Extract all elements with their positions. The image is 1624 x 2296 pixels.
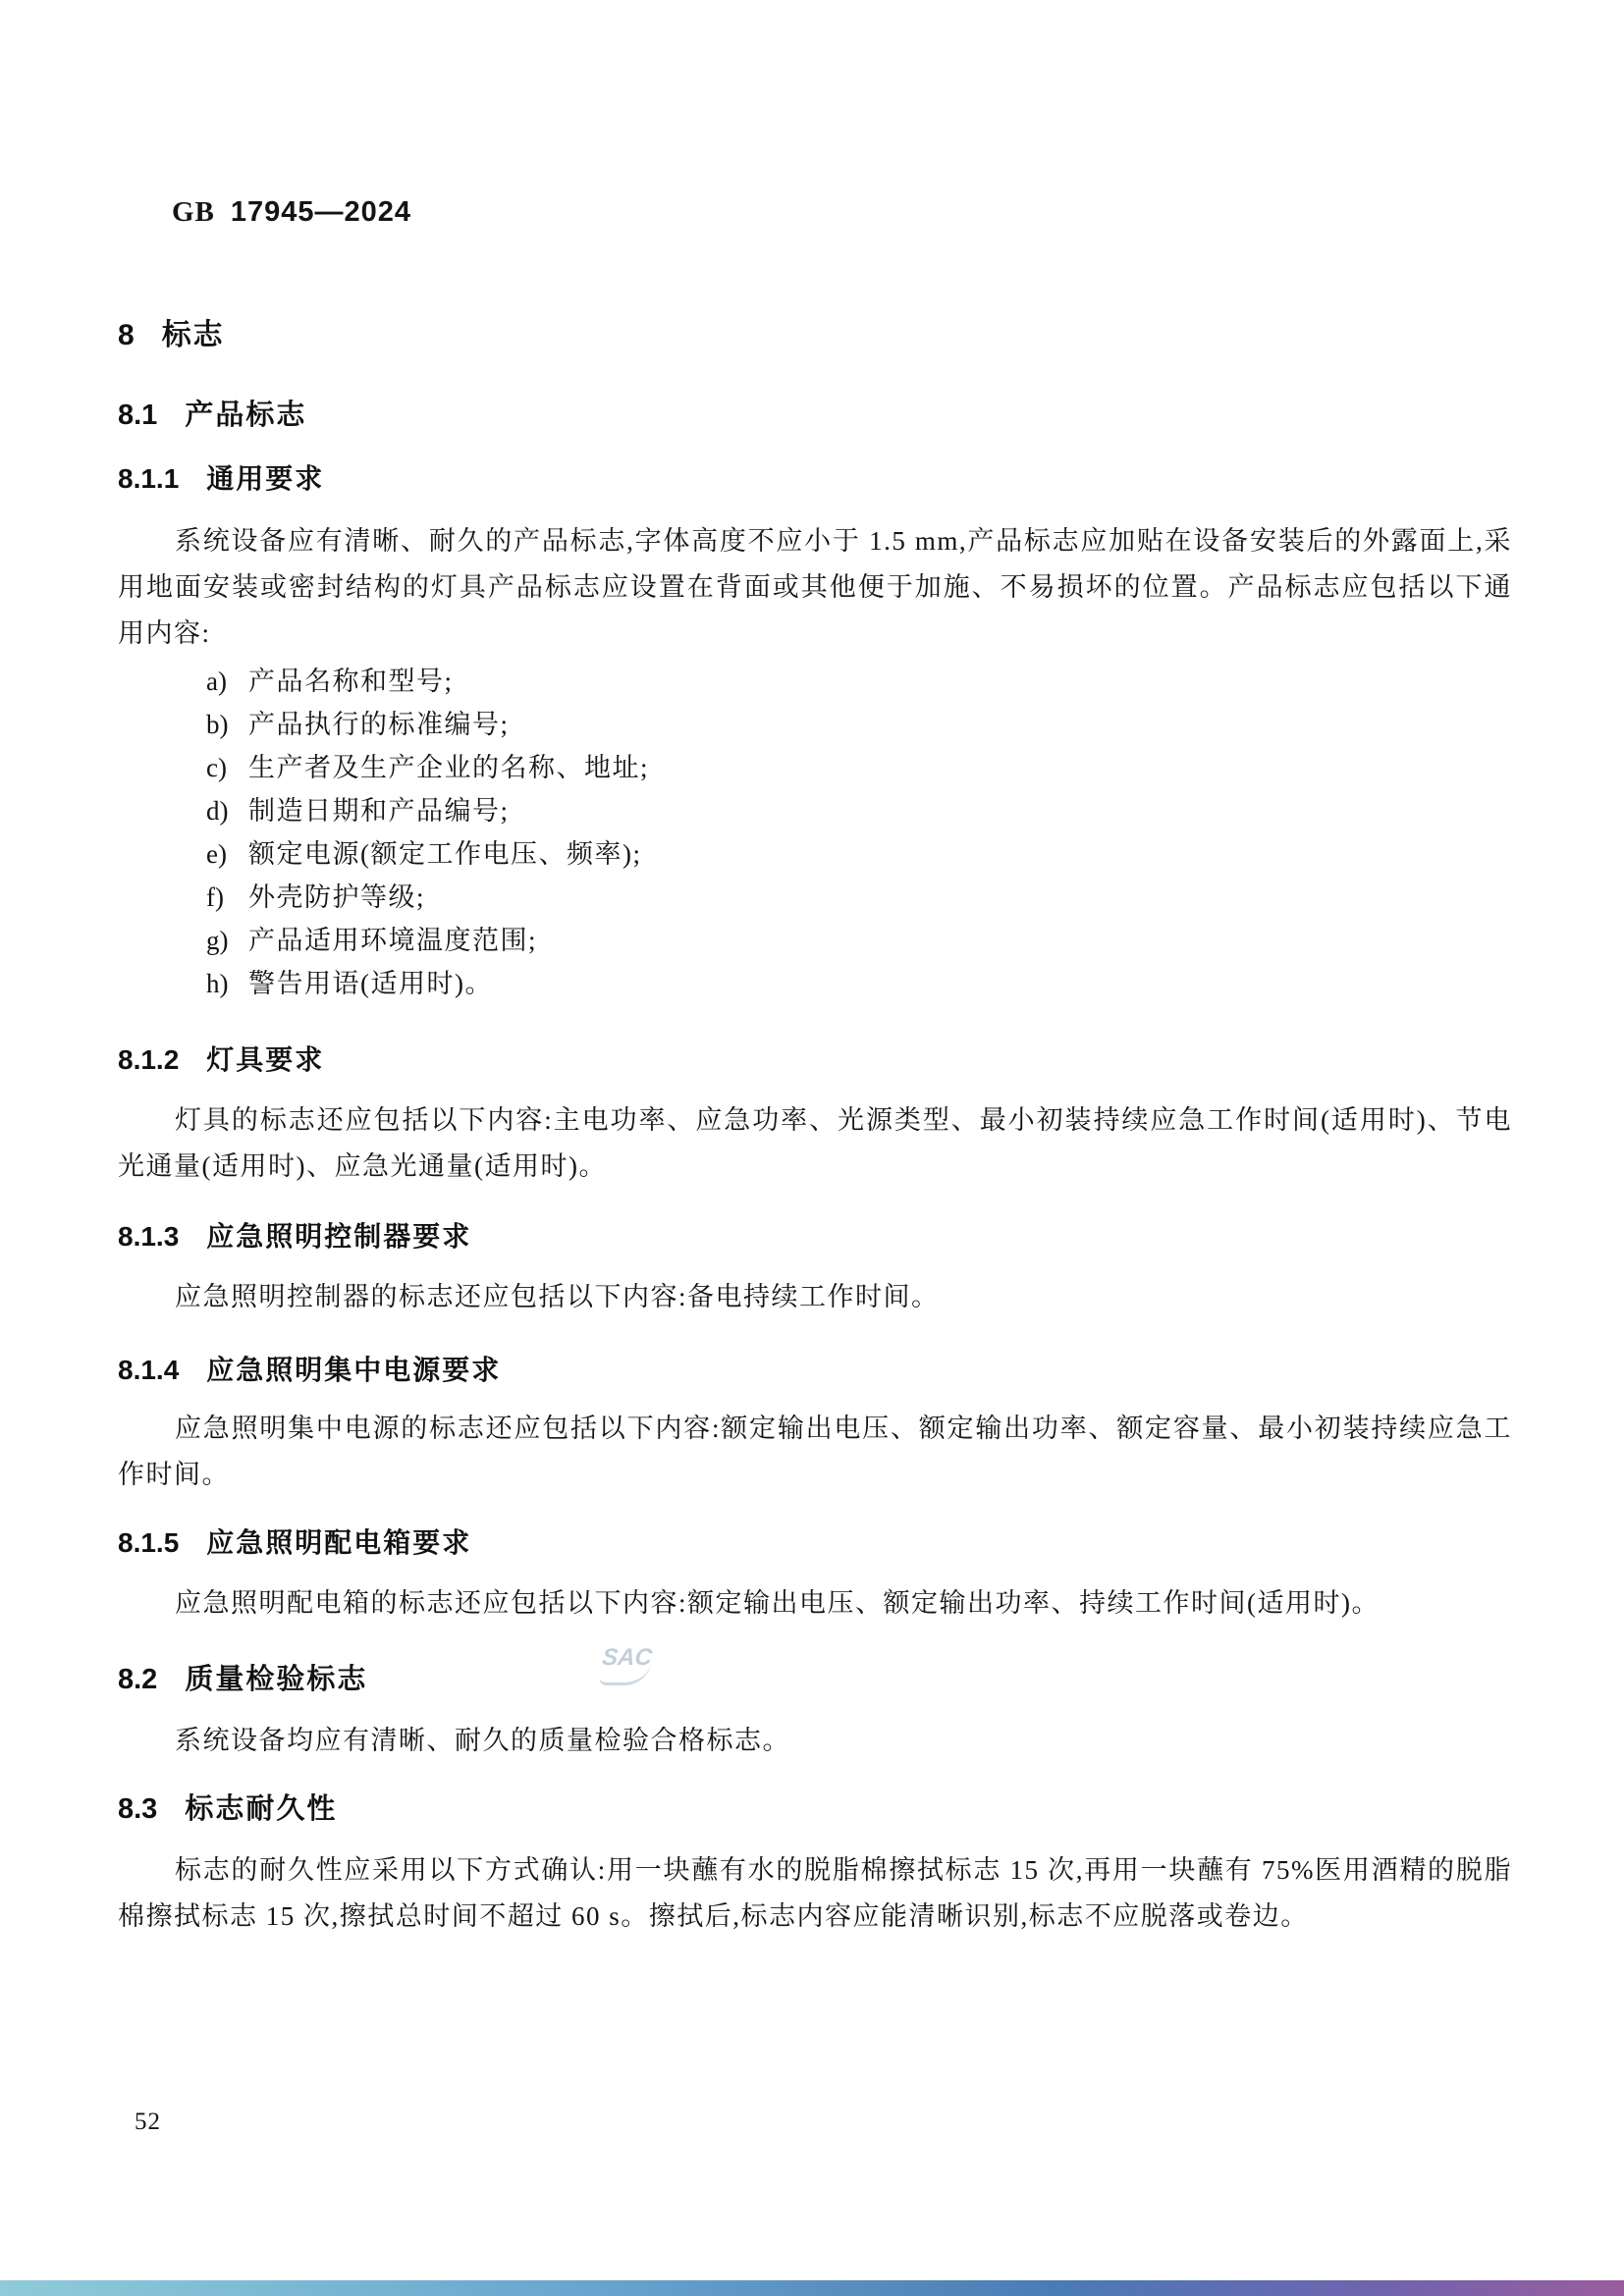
- paragraph-8-1-2: 灯具的标志还应包括以下内容:主电功率、应急功率、光源类型、最小初装持续应急工作时…: [118, 1097, 1512, 1190]
- list-item: g)产品适用环境温度范围;: [118, 919, 1512, 962]
- page-number: 52: [135, 2109, 161, 2136]
- list-item: f)外壳防护等级;: [118, 876, 1512, 919]
- heading-8-1-4: 8.1.4应急照明集中电源要求: [118, 1349, 501, 1388]
- list-text: 警告用语(适用时)。: [248, 969, 493, 998]
- heading-title: 质量检验标志: [185, 1664, 367, 1695]
- list-marker: b): [206, 703, 229, 746]
- heading-8-2: 8.2质量检验标志: [118, 1657, 367, 1697]
- heading-number: 8.1.3: [118, 1221, 179, 1252]
- heading-8-1-1: 8.1.1通用要求: [118, 457, 324, 497]
- heading-title: 产品标志: [185, 400, 306, 431]
- list-marker: g): [206, 919, 229, 962]
- paragraph-8-3: 标志的耐久性应采用以下方式确认:用一块蘸有水的脱脂棉擦拭标志 15 次,再用一块…: [118, 1847, 1512, 1940]
- list-marker: h): [206, 962, 229, 1005]
- list-text: 产品适用环境温度范围;: [248, 926, 537, 955]
- heading-number: 8.1.4: [118, 1355, 179, 1385]
- list-item: e)额定电源(额定工作电压、频率);: [118, 832, 1512, 876]
- heading-title: 灯具要求: [206, 1044, 324, 1075]
- list-marker: f): [206, 876, 224, 919]
- paragraph-8-2: 系统设备均应有清晰、耐久的质量检验合格标志。: [118, 1718, 1512, 1764]
- list-marker: e): [206, 832, 227, 876]
- list-text: 生产者及生产企业的名称、地址;: [248, 753, 649, 782]
- bottom-gradient-bar: [0, 2280, 1624, 2296]
- list-item: c)生产者及生产企业的名称、地址;: [118, 746, 1512, 789]
- list-text: 额定电源(额定工作电压、频率);: [248, 839, 641, 869]
- heading-title: 应急照明集中电源要求: [206, 1355, 501, 1385]
- heading-title: 应急照明控制器要求: [206, 1221, 471, 1252]
- heading-number: 8.3: [118, 1793, 157, 1825]
- heading-number: 8.1.5: [118, 1527, 179, 1558]
- list-marker: c): [206, 746, 227, 789]
- heading-title: 标志耐久性: [185, 1793, 337, 1825]
- list-item: h)警告用语(适用时)。: [118, 962, 1512, 1005]
- heading-8-1-2: 8.1.2灯具要求: [118, 1039, 324, 1078]
- heading-number: 8.2: [118, 1664, 157, 1695]
- paragraph-8-1-1: 系统设备应有清晰、耐久的产品标志,字体高度不应小于 1.5 mm,产品标志应加贴…: [118, 518, 1512, 657]
- heading-8: 8标志: [118, 310, 225, 353]
- list-text: 外壳防护等级;: [248, 882, 425, 912]
- list-item: b)产品执行的标准编号;: [118, 703, 1512, 746]
- standard-prefix: GB: [172, 196, 215, 228]
- sac-watermark-logo: SAC: [599, 1641, 655, 1685]
- paragraph-8-1-5: 应急照明配电箱的标志还应包括以下内容:额定输出电压、额定输出功率、持续工作时间(…: [118, 1580, 1512, 1627]
- heading-8-1-3: 8.1.3应急照明控制器要求: [118, 1215, 471, 1255]
- standard-number-header: GB17945—2024: [172, 196, 411, 229]
- heading-title: 标志: [162, 319, 225, 351]
- heading-title: 通用要求: [206, 463, 324, 494]
- paragraph-8-1-4: 应急照明集中电源的标志还应包括以下内容:额定输出电压、额定输出功率、额定容量、最…: [118, 1406, 1512, 1498]
- standard-code: 17945—2024: [231, 196, 411, 228]
- list-item: d)制造日期和产品编号;: [118, 789, 1512, 832]
- heading-title: 应急照明配电箱要求: [206, 1527, 471, 1558]
- general-content-list: a)产品名称和型号; b)产品执行的标准编号; c)生产者及生产企业的名称、地址…: [118, 660, 1512, 1005]
- list-marker: a): [206, 660, 227, 703]
- heading-number: 8: [118, 319, 135, 351]
- heading-number: 8.1: [118, 400, 157, 431]
- heading-8-1: 8.1产品标志: [118, 393, 306, 433]
- heading-number: 8.1.2: [118, 1044, 179, 1075]
- heading-number: 8.1.1: [118, 463, 179, 494]
- paragraph-8-1-3: 应急照明控制器的标志还应包括以下内容:备电持续工作时间。: [118, 1274, 1512, 1320]
- document-page: GB17945—2024 8标志 8.1产品标志 8.1.1通用要求 系统设备应…: [0, 0, 1624, 2296]
- list-text: 产品执行的标准编号;: [248, 710, 510, 739]
- heading-8-1-5: 8.1.5应急照明配电箱要求: [118, 1522, 471, 1561]
- list-marker: d): [206, 789, 229, 832]
- list-text: 制造日期和产品编号;: [248, 796, 510, 826]
- heading-8-3: 8.3标志耐久性: [118, 1787, 337, 1827]
- list-item: a)产品名称和型号;: [118, 660, 1512, 703]
- list-text: 产品名称和型号;: [248, 667, 454, 696]
